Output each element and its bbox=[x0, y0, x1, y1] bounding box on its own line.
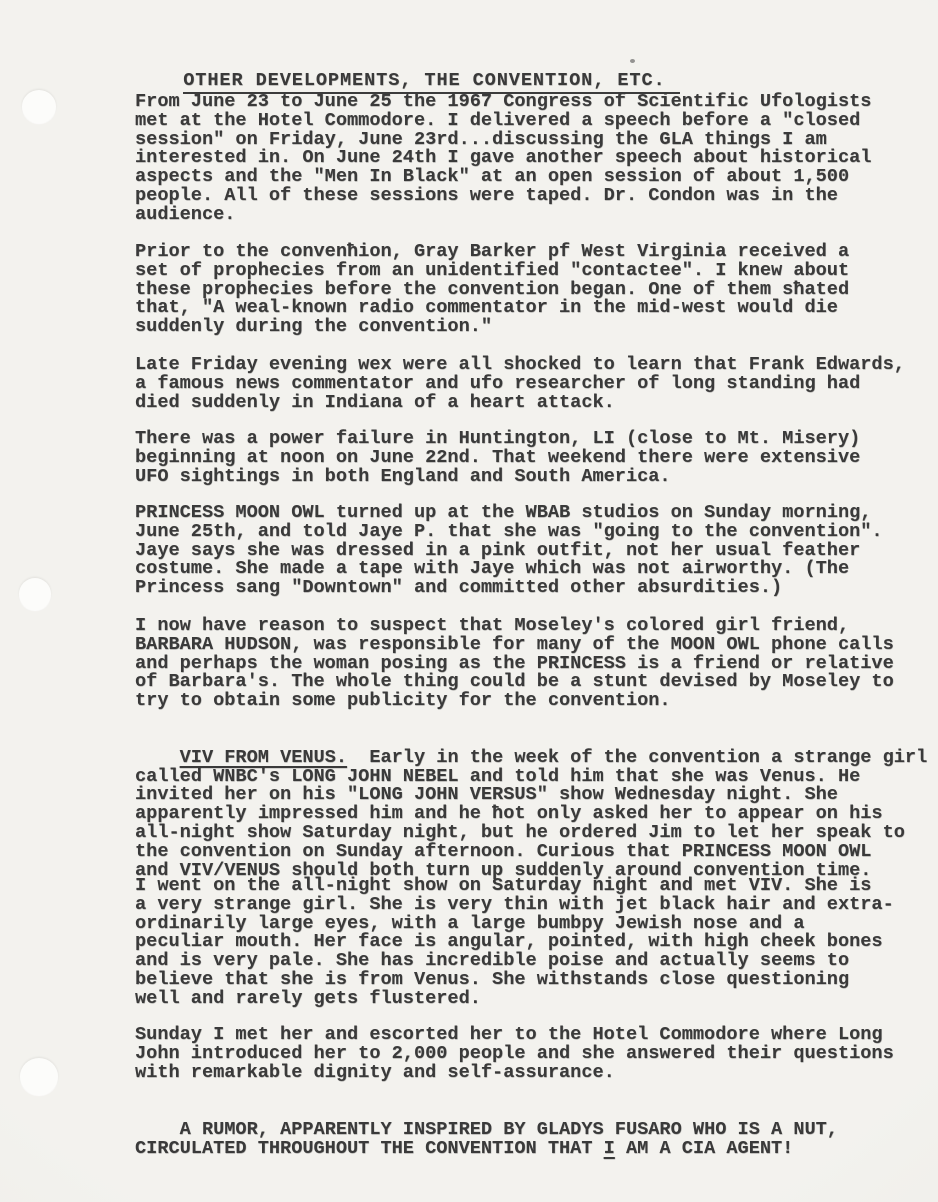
cia-rumor-end: AM A CIA AGENT! bbox=[615, 1138, 794, 1159]
para-viv-description: I went on the all-night show on Saturday… bbox=[135, 877, 894, 1009]
para-power-failure: There was a power failure in Huntington,… bbox=[135, 430, 860, 486]
punch-hole-bottom bbox=[20, 1058, 58, 1095]
para-viv-from-venus: VIV FROM VENUS. Early in the week of the… bbox=[135, 730, 927, 899]
document-page: OTHER DEVELOPMENTS, THE CONVENTION, ETC.… bbox=[0, 0, 938, 1202]
para-cia-rumor: A RUMOR, APPARENTLY INSPIRED BY GLADYS F… bbox=[135, 1102, 838, 1177]
cia-rumor-underlined-i: I bbox=[604, 1138, 615, 1159]
viv-from-venus-body: Early in the week of the convention a st… bbox=[135, 747, 927, 881]
punch-hole-top bbox=[22, 90, 56, 123]
punch-hole-middle bbox=[19, 578, 51, 610]
para-frank-edwards: Late Friday evening wex were all shocked… bbox=[135, 356, 905, 412]
para-princess-moon-owl: PRINCESS MOON OWL turned up at the WBAB … bbox=[135, 504, 883, 598]
para-gray-barker-prophecies: Prior to the convenħion, Gray Barker pf … bbox=[135, 243, 849, 337]
para-barbara-hudson: I now have reason to suspect that Mosele… bbox=[135, 617, 894, 711]
para-congress-of-ufologists: From June 23 to June 25 the 1967 Congres… bbox=[135, 93, 871, 225]
para-hotel-commodore: Sunday I met her and escorted her to the… bbox=[135, 1026, 894, 1082]
